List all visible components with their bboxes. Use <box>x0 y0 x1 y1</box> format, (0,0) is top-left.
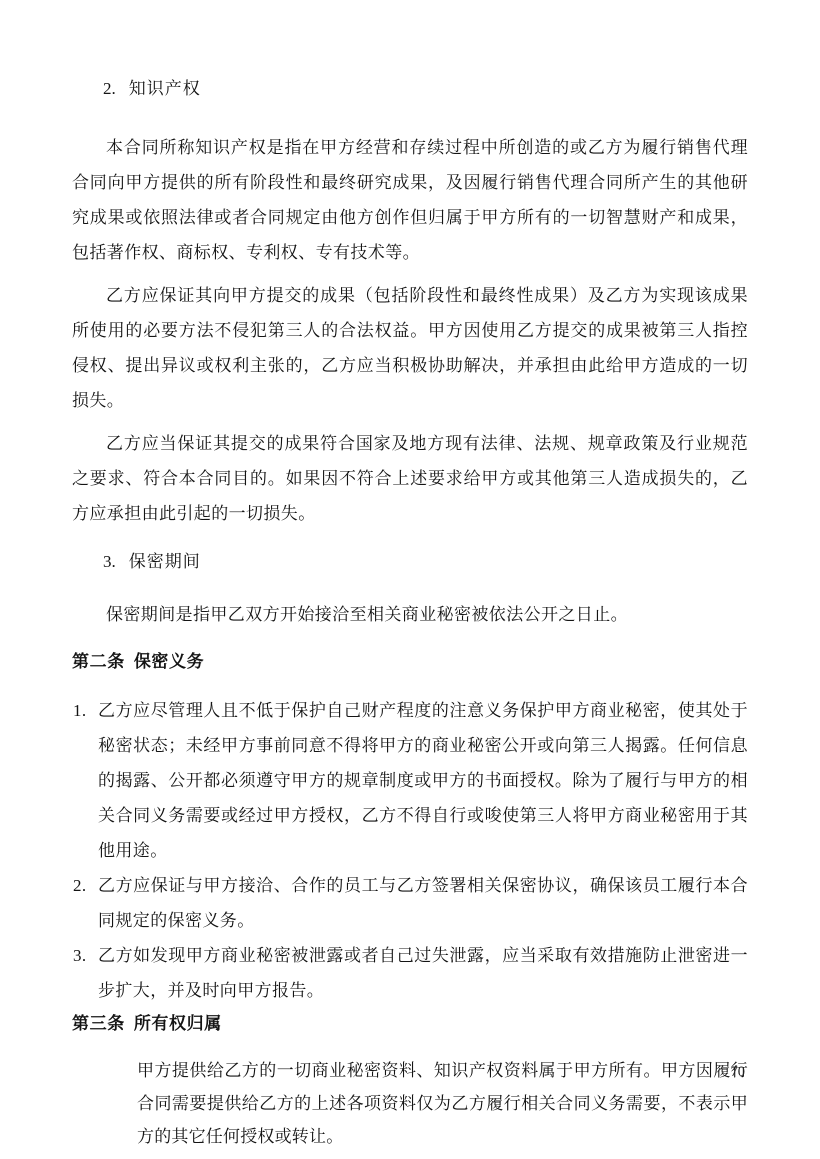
paragraph-ownership: 甲方提供给乙方的一切商业秘密资料、知识产权资料属于甲方所有。甲方因履行合同需要提… <box>137 1054 748 1153</box>
paragraph-ip-warranty: 乙方应保证其向甲方提交的成果（包括阶段性和最终性成果）及乙方为实现该成果所使用的… <box>72 278 748 418</box>
article-heading-2: 第二条保密义务 <box>72 650 748 674</box>
list-item-number: 2. <box>73 868 87 903</box>
subsection-heading-ip: 2.知识产权 <box>72 78 748 100</box>
paragraph-ip-compliance: 乙方应当保证其提交的成果符合国家及地方现有法律、法规、规章政策及行业规范之要求、… <box>72 426 748 531</box>
subsection-number: 2. <box>103 78 116 100</box>
article-title: 所有权归属 <box>134 1014 222 1033</box>
subsection-number: 3. <box>103 551 116 573</box>
list-item: 3. 乙方如发现甲方商业秘密被泄露或者自己过失泄露，应当采取有效措施防止泄密进一… <box>72 938 748 1008</box>
list-item-text: 乙方如发现甲方商业秘密被泄露或者自己过失泄露，应当采取有效措施防止泄密进一步扩大… <box>98 946 748 1000</box>
list-item-number: 1. <box>73 693 87 728</box>
article-title: 保密义务 <box>134 652 204 671</box>
subsection-heading-period: 3.保密期间 <box>72 551 748 573</box>
article-heading-3: 第三条所有权归属 <box>72 1012 748 1036</box>
list-item-number: 3. <box>73 938 87 973</box>
list-item-text: 乙方应保证与甲方接洽、合作的员工与乙方签署相关保密协议，确保该员工履行本合同规定… <box>98 876 748 930</box>
paragraph-period: 保密期间是指甲乙双方开始接洽至相关商业秘密被依法公开之日止。 <box>72 597 748 632</box>
page-number: 70 <box>731 1064 746 1081</box>
list-item: 1. 乙方应尽管理人且不低于保护自己财产程度的注意义务保护甲方商业秘密，使其处于… <box>72 693 748 868</box>
confidentiality-obligation-list: 1. 乙方应尽管理人且不低于保护自己财产程度的注意义务保护甲方商业秘密，使其处于… <box>72 693 748 1008</box>
list-item-text: 乙方应尽管理人且不低于保护自己财产程度的注意义务保护甲方商业秘密，使其处于秘密状… <box>98 701 748 860</box>
subsection-title: 知识产权 <box>129 78 201 100</box>
article-number: 第三条 <box>72 1014 125 1033</box>
subsection-title: 保密期间 <box>129 551 201 573</box>
document-page: 2.知识产权 本合同所称知识产权是指在甲方经营和存续过程中所创造的或乙方为履行销… <box>0 0 820 1159</box>
paragraph-ip-definition: 本合同所称知识产权是指在甲方经营和存续过程中所创造的或乙方为履行销售代理合同向甲… <box>72 130 748 270</box>
list-item: 2. 乙方应保证与甲方接洽、合作的员工与乙方签署相关保密协议，确保该员工履行本合… <box>72 868 748 938</box>
article-number: 第二条 <box>72 652 125 671</box>
